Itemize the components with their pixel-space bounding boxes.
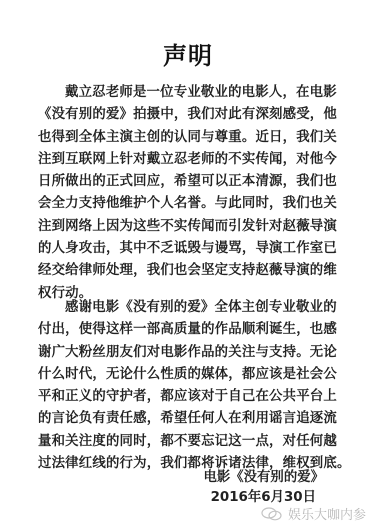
text-line: 会全力支持他维护个人名誉。与此同时，我们也关 — [38, 193, 340, 215]
text-line: 谢广大粉丝朋友们对电影作品的关注与支持。无论 — [38, 342, 340, 364]
text-line: 《没有别的爱》拍摄中，我们对此有深刻感受，他 — [38, 104, 340, 126]
text-line: 量和关注度的同时，都不要忘记这一点，对任何越 — [38, 431, 340, 453]
watermark: 娱乐大咖内参 — [261, 504, 366, 523]
wechat-icon — [261, 507, 283, 521]
text-line: 日所做出的正式回应，希望可以正本清源，我们也 — [38, 171, 340, 193]
page-title: 声明 — [0, 36, 376, 71]
text-line: 付出，使得这样一部高质量的作品顺利诞生，也感 — [38, 319, 340, 341]
text-line: 戴立忍老师是一位专业敬业的电影人，在电影 — [38, 82, 340, 104]
text-line: 平和正义的守护者，都应该对于自己在公共平台上 — [38, 386, 340, 408]
text-line: 的言论负有责任感，希望任何人在利用谣言追逐流 — [38, 408, 340, 430]
text-line: 注到网络上因为这些不实传闻而引发针对赵薇导演 — [38, 216, 340, 238]
statement-paragraph-1: 戴立忍老师是一位专业敬业的电影人，在电影 《没有别的爱》拍摄中，我们对此有深刻感… — [38, 82, 340, 305]
watermark-text: 娱乐大咖内参 — [288, 504, 366, 523]
signature-issuer: 电影《没有别的爱》 — [203, 466, 324, 485]
statement-paragraph-2: 感谢电影《没有别的爱》全体主创专业敬业的 付出，使得这样一部高质量的作品顺利诞生… — [38, 297, 340, 475]
text-line: 注到互联网上针对戴立忍老师的不实传闻，对他今 — [38, 149, 340, 171]
signature-date: 2016年6月30日 — [211, 486, 316, 505]
text-line: 也得到全体主演主创的认同与尊重。近日，我们关 — [38, 127, 340, 149]
text-line: 的人身攻击，其中不乏诋毁与谩骂，导演工作室已 — [38, 238, 340, 260]
text-line: 感谢电影《没有别的爱》全体主创专业敬业的 — [38, 297, 340, 319]
text-line: 什么时代，无论什么性质的媒体，都应该是社会公 — [38, 364, 340, 386]
text-line: 经交给律师处理，我们也会坚定支持赵薇导演的维 — [38, 260, 340, 282]
